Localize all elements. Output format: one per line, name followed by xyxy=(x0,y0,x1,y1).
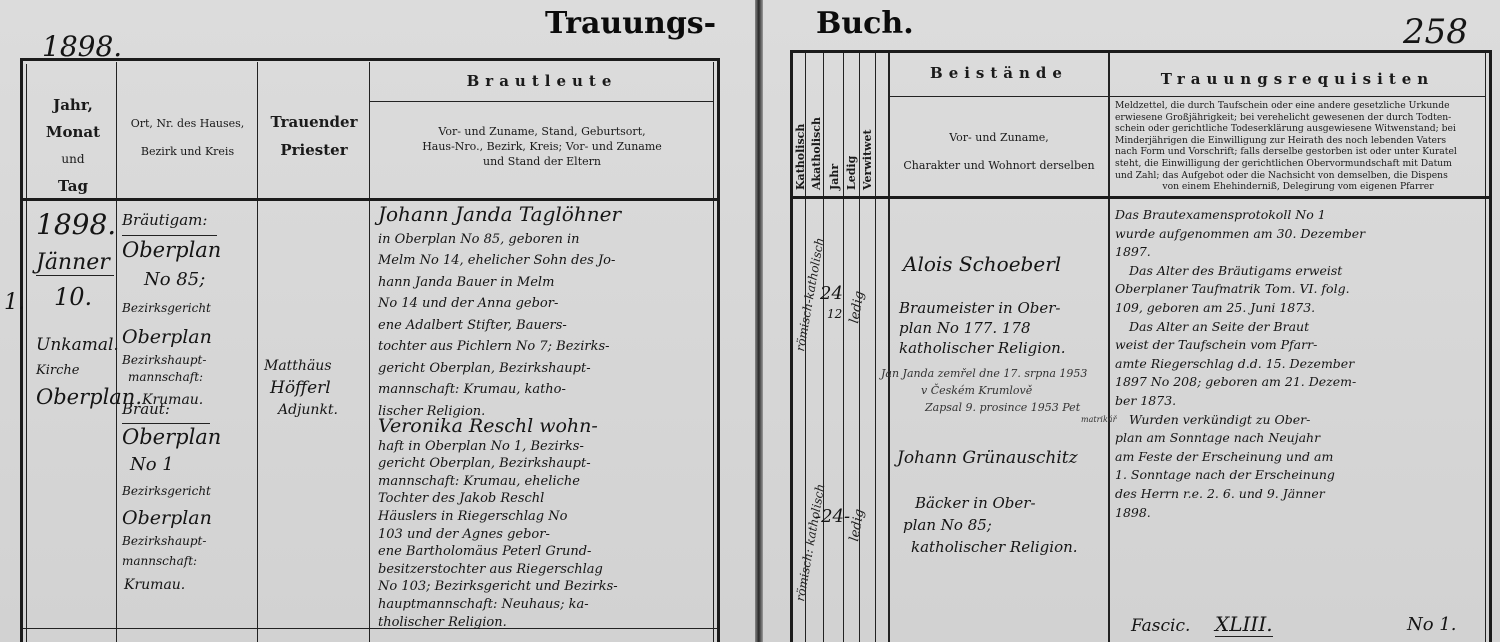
header-text: steht, die Einwilligung der gerichtliche… xyxy=(1115,158,1481,170)
couple-line: 103 und der Agnes gebor- xyxy=(378,526,618,544)
header-priester: Trauender Priester xyxy=(259,108,369,164)
couple-line: besitzerstochter aus Riegerschlag xyxy=(378,561,618,579)
requisite-line: am Feste der Erscheinung und am xyxy=(1115,448,1365,467)
header-text: Bezirk und Kreis xyxy=(118,138,257,166)
fascicle-value: XLIII. xyxy=(1215,612,1273,637)
header-akatholisch: Akatholisch xyxy=(810,117,823,190)
header-text: Charakter und Wohnort derselben xyxy=(890,152,1108,180)
header-bottom-rule xyxy=(23,198,717,201)
groom-label: Bräutigam: xyxy=(122,206,217,236)
entry-day: 10. xyxy=(54,283,92,311)
groom-details: Johann Janda Taglöhner in Oberplan No 85… xyxy=(378,204,621,422)
residence-line: Bezirksgericht xyxy=(122,478,221,505)
entry-year: 1898. xyxy=(36,208,116,241)
couple-line: gericht Oberplan, Bezirkshaupt- xyxy=(378,358,621,380)
header-text: Minderjährigen die Einwilligung zur Heir… xyxy=(1115,135,1481,147)
book-title-left: Trauungs- xyxy=(545,6,716,41)
priest-line: Adjunkt. xyxy=(264,399,338,421)
witness2-details: Bäcker in Ober- plan No 85; katholischer… xyxy=(903,492,1078,558)
residence-line: Bezirkshaupt- xyxy=(122,352,221,368)
header-ledig: Ledig xyxy=(845,156,858,190)
residence-line: Krumau. xyxy=(122,572,221,599)
couple-line: Tochter des Jakob Reschl xyxy=(378,490,618,508)
requisite-line: Das Alter des Bräutigams erweist xyxy=(1115,262,1365,281)
entry-number: 1. xyxy=(4,290,25,315)
couple-line: mannschaft: Krumau, katho- xyxy=(378,379,621,401)
residence-line: No 85; xyxy=(122,265,221,294)
bride-label: Braut: xyxy=(122,396,210,424)
annotation-line: matrikář xyxy=(881,416,1116,424)
couple-line: ene Adalbert Stifter, Bauers- xyxy=(378,315,621,337)
brautleute-rule xyxy=(370,101,713,102)
header-jahr-monat-tag: Jahr, Monat und Tag xyxy=(30,92,116,200)
header-beistaende: Beistände xyxy=(890,64,1108,82)
couple-line: mannschaft: Krumau, eheliche xyxy=(378,473,618,491)
priest-line: Matthäus xyxy=(264,355,338,377)
couple-line: in Oberplan No 85, geboren in xyxy=(378,229,621,251)
header-bottom-rule xyxy=(792,196,1490,199)
left-page: 1898. Trauungs- Jahr, Monat und Tag Ort,… xyxy=(0,0,757,642)
header-text: erwiesene Großjährigkeit; bei verehelich… xyxy=(1115,112,1481,124)
witness-line: plan No 85; xyxy=(903,514,1078,536)
bride-details: Veronika Reschl wohn- haft in Oberplan N… xyxy=(378,418,618,631)
groom-age: 24 xyxy=(820,283,843,304)
page-number: 258 xyxy=(1403,12,1468,52)
requisite-line: 1897 No 208; geboren am 21. Dezem- xyxy=(1115,373,1365,392)
entry-month: Jänner xyxy=(36,250,114,276)
couple-line: No 14 und der Anna gebor- xyxy=(378,293,621,315)
witness1-details: Braumeister in Ober- plan No 177. 178 ka… xyxy=(899,298,1066,358)
groom-age-note: 12 xyxy=(827,307,842,321)
header-verwitwet: Verwitwet xyxy=(861,129,874,190)
residence-line: Oberplan xyxy=(122,236,221,265)
col-divider xyxy=(713,62,714,642)
col-divider xyxy=(1485,53,1486,642)
col-divider xyxy=(843,53,844,642)
residence-line: Bezirksgericht xyxy=(122,294,221,323)
header-text: und Zahl; das Aufgebot oder die Nachsich… xyxy=(1115,170,1481,182)
couple-line: tholischer Religion. xyxy=(378,614,618,632)
witness1-name: Alois Schoeberl xyxy=(903,252,1061,276)
requisite-line: 1. Sonntage nach der Erscheinung xyxy=(1115,466,1365,485)
witness-line: plan No 177. 178 xyxy=(899,318,1066,338)
book-spine xyxy=(755,0,763,642)
couple-line: haft in Oberplan No 1, Bezirks- xyxy=(378,438,618,456)
bride-residence: Braut: Oberplan No 1 Bezirksgericht Ober… xyxy=(122,396,221,599)
header-text: von einem Ehehinderniß, Delegirung vom e… xyxy=(1115,181,1481,193)
requisites-entry: Das Brautexamensprotokoll No 1 wurde auf… xyxy=(1115,206,1365,522)
fascicle-label: Fascic. xyxy=(1131,616,1190,636)
header-text: und xyxy=(30,146,116,173)
header-ort: Ort, Nr. des Hauses, Bezirk und Kreis xyxy=(118,110,257,166)
header-text: Vor- und Zuname, Stand, Geburtsort, xyxy=(371,124,713,139)
header-text: Trauender xyxy=(259,108,369,136)
header-text: schein oder gerichtliche Todeserklärung … xyxy=(1115,123,1481,135)
annotation-line: Jan Janda zemřel dne 17. srpna 1953 xyxy=(881,365,1116,382)
header-text: Priester xyxy=(259,136,369,164)
couple-line: ene Bartholomäus Peterl Grund- xyxy=(378,543,618,561)
header-text: Ort, Nr. des Hauses, xyxy=(118,110,257,138)
requisite-line: Wurden verkündigt zu Ober- xyxy=(1115,411,1365,430)
groom-residence: Bräutigam: Oberplan No 85; Bezirksgerich… xyxy=(122,206,221,415)
requisite-line: Das Alter an Seite der Braut xyxy=(1115,318,1365,337)
couple-line: tochter aus Pichlern No 7; Bezirks- xyxy=(378,336,621,358)
requisite-line: Oberplaner Taufmatrik Tom. VI. folg. xyxy=(1115,280,1365,299)
residence-line: Bezirkshaupt- xyxy=(122,532,221,550)
witness-line: Bäcker in Ober- xyxy=(903,492,1078,514)
requisite-line: 1897. xyxy=(1115,243,1365,262)
bride-name-line: Veronika Reschl wohn- xyxy=(378,415,598,437)
header-beistaende-sub: Vor- und Zuname, Charakter und Wohnort d… xyxy=(890,124,1108,180)
residence-line: mannschaft: xyxy=(122,368,221,386)
residence-line: Oberplan xyxy=(122,505,221,532)
requisite-line: weist der Taufschein vom Pfarr- xyxy=(1115,336,1365,355)
book-title-right: Buch. xyxy=(816,6,914,41)
groom-age-value: 24 xyxy=(820,283,843,304)
death-annotation: Jan Janda zemřel dne 17. srpna 1953 v Če… xyxy=(881,365,1116,424)
header-text: Haus-Nro., Bezirk, Kreis; Vor- und Zunam… xyxy=(371,139,713,154)
requisite-line: amte Riegerschlag d.d. 15. Dezember xyxy=(1115,355,1365,374)
witness-line: katholischer Religion. xyxy=(903,536,1078,558)
requisite-line: 109, geboren am 25. Juni 1873. xyxy=(1115,299,1365,318)
couple-line: hann Janda Bauer in Melm xyxy=(378,272,621,294)
frame-inner-line xyxy=(26,64,27,642)
requisite-line: wurde aufgenommen am 30. Dezember xyxy=(1115,225,1365,244)
annotation-line: v Českém Krumlově xyxy=(881,382,1116,399)
header-brautleute-sub: Vor- und Zuname, Stand, Geburtsort, Haus… xyxy=(371,124,713,169)
witness-line: katholischer Religion. xyxy=(899,338,1066,358)
priest-name: Matthäus Höfferl Adjunkt. xyxy=(264,355,338,421)
bride-age: -24- xyxy=(815,506,850,527)
residence-line: Oberplan xyxy=(122,323,221,352)
requisite-line: plan am Sonntage nach Neujahr xyxy=(1115,429,1365,448)
residence-line: No 1 xyxy=(122,451,221,478)
header-brautleute: Brautleute xyxy=(371,72,713,90)
priest-line: Höfferl xyxy=(264,377,338,399)
col-divider xyxy=(859,53,860,642)
header-katholisch: Katholisch xyxy=(794,124,807,190)
col-divider xyxy=(369,62,370,642)
couple-line: Häuslers in Riegerschlag No xyxy=(378,508,618,526)
col-divider xyxy=(823,53,824,642)
title-rule xyxy=(889,96,1485,97)
requisite-line: ber 1873. xyxy=(1115,392,1365,411)
record-number: No 1. xyxy=(1407,614,1456,635)
groom-name-line: Johann Janda Taglöhner xyxy=(378,202,621,226)
header-text: nach Form und Vorschrift; falls derselbe… xyxy=(1115,146,1481,158)
residence-line: mannschaft: xyxy=(122,550,221,572)
residence-line: Oberplan xyxy=(122,424,221,451)
requisite-line: 1898. xyxy=(1115,504,1365,523)
header-text: Tag xyxy=(30,173,116,200)
col-divider xyxy=(257,62,258,642)
header-text: Meldzettel, die durch Taufschein oder ei… xyxy=(1115,100,1481,112)
header-jahr: Jahr xyxy=(828,164,841,190)
col-divider xyxy=(875,53,876,642)
witness-line: Braumeister in Ober- xyxy=(899,298,1066,318)
header-trauungsrequisiten: Trauungsrequisiten xyxy=(1110,70,1485,88)
couple-line: No 103; Bezirksgericht und Bezirks- xyxy=(378,578,618,596)
header-text: und Stand der Eltern xyxy=(371,154,713,169)
requisite-line: Das Brautexamensprotokoll No 1 xyxy=(1115,206,1365,225)
header-text: Vor- und Zuname, xyxy=(890,124,1108,152)
col-divider xyxy=(1108,53,1110,642)
header-requisiten-text: Meldzettel, die durch Taufschein oder ei… xyxy=(1115,100,1481,193)
header-text: Jahr, xyxy=(30,92,116,119)
couple-line: hauptmannschaft: Neuhaus; ka- xyxy=(378,596,618,614)
requisite-line: des Herrn r.e. 2. 6. und 9. Jänner xyxy=(1115,485,1365,504)
witness2-name: Johann Grünauschitz xyxy=(897,448,1078,468)
annotation-line: Zapsal 9. prosince 1953 Pet xyxy=(881,399,1116,416)
header-text: Monat xyxy=(30,119,116,146)
couple-line: Melm No 14, ehelicher Sohn des Jo- xyxy=(378,250,621,272)
right-page: Buch. 258 Katholisch Akatholisch Jahr Le… xyxy=(763,0,1500,642)
couple-line: gericht Oberplan, Bezirkshaupt- xyxy=(378,455,618,473)
